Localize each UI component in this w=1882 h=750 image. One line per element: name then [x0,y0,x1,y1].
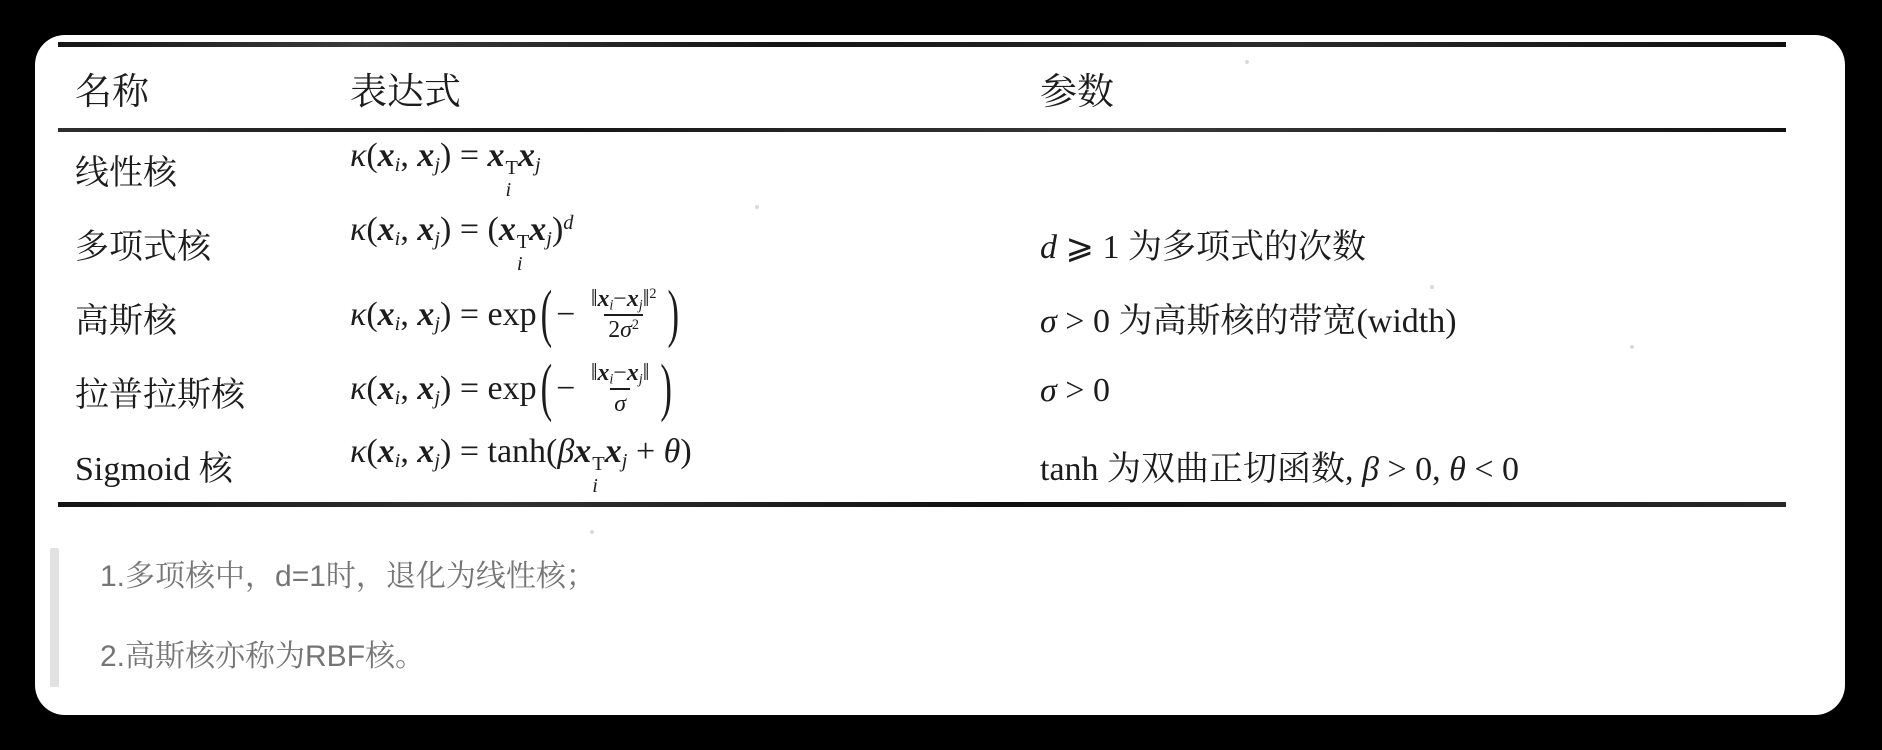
table-row-laplacian-kernel: 拉普拉斯核 κ(xi, xj) = exp(− ‖xi−xj‖σ) σ > 0 [58,354,1786,428]
kernel-table: 名称 表达式 参数 线性核 κ(xi, xj) = xTixj 多项式核 κ(x… [58,42,1786,507]
kernel-name: Sigmoid 核 [75,441,350,490]
scan-speckle [1630,345,1634,349]
table-header-row: 名称 表达式 参数 [58,47,1786,128]
col-header-expression: 表达式 [350,61,1040,115]
kernel-expression: κ(xi, xj) = tanh(βxTixj + θ) [350,433,1040,497]
scan-speckle [1430,285,1434,289]
table-bottom-rule [58,502,1786,507]
notes-block: 1.多项核中，d=1时，退化为线性核； 2.高斯核亦称为RBF核。 [50,546,1250,672]
note-line-1: 1.多项核中，d=1时，退化为线性核； [100,546,1250,592]
kernel-expression: κ(xi, xj) = exp(− ‖xi−xj‖σ) [350,362,1040,420]
kernel-name: 拉普拉斯核 [75,367,350,416]
kernel-params: tanh 为双曲正切函数, β > 0, θ < 0 [1040,441,1786,490]
note-line-2: 2.高斯核亦称为RBF核。 [100,592,1250,672]
table-row-polynomial-kernel: 多项式核 κ(xi, xj) = (xTixj)d d ⩾ 1 为多项式的次数 [58,206,1786,280]
page-background: 名称 表达式 参数 线性核 κ(xi, xj) = xTixj 多项式核 κ(x… [0,0,1882,750]
table-row-gaussian-kernel: 高斯核 κ(xi, xj) = exp(− ‖xi−xj‖22σ2) σ > 0… [58,280,1786,354]
col-header-params: 参数 [1040,61,1786,115]
scan-speckle [755,205,759,209]
blockquote-bar [50,548,59,687]
table-row-sigmoid-kernel: Sigmoid 核 κ(xi, xj) = tanh(βxTixj + θ) t… [58,428,1786,502]
scan-speckle [1245,60,1249,64]
kernel-params: σ > 0 [1040,372,1786,410]
kernel-name: 多项式核 [75,219,350,268]
kernel-expression: κ(xi, xj) = exp(− ‖xi−xj‖22σ2) [350,288,1040,346]
content-card: 名称 表达式 参数 线性核 κ(xi, xj) = xTixj 多项式核 κ(x… [35,35,1845,715]
col-header-name: 名称 [75,61,350,115]
kernel-expression: κ(xi, xj) = xTixj [350,137,1040,201]
table-row-linear-kernel: 线性核 κ(xi, xj) = xTixj [58,132,1786,206]
kernel-params: d ⩾ 1 为多项式的次数 [1040,219,1786,268]
kernel-params: σ > 0 为高斯核的带宽(width) [1040,293,1786,342]
scan-speckle [590,530,594,534]
kernel-expression: κ(xi, xj) = (xTixj)d [350,211,1040,275]
kernel-name: 高斯核 [75,293,350,342]
kernel-name: 线性核 [75,145,350,194]
